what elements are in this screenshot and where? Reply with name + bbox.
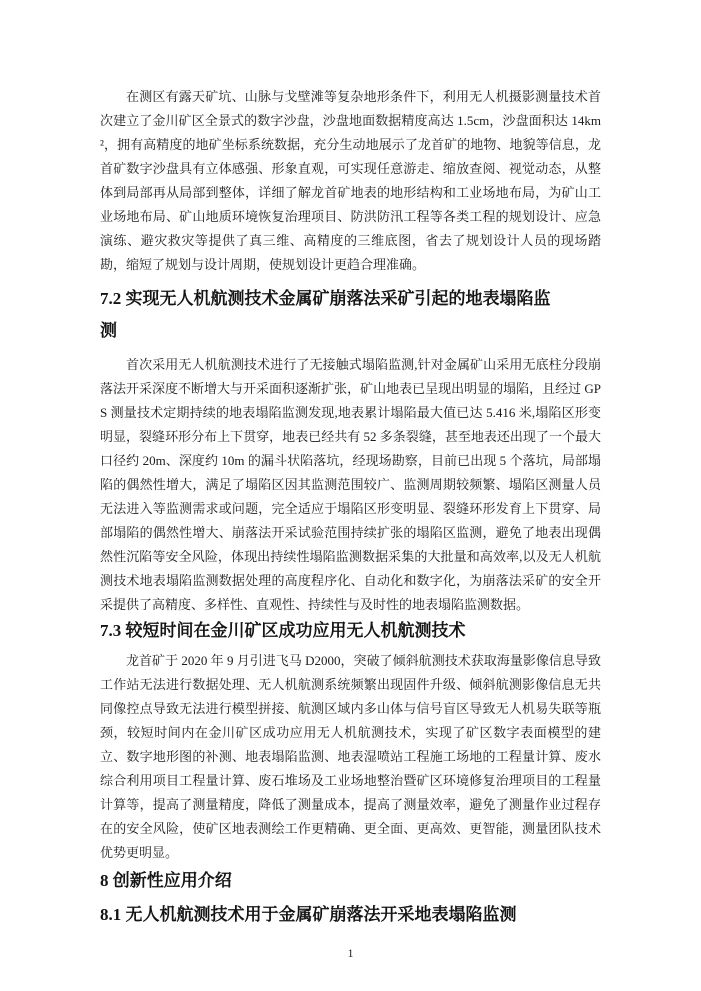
heading-8-1-line-1: 8.1 无人机航测技术用于金属矿崩落法开采地表塌陷监测	[100, 901, 601, 929]
paragraph-digital-sandbox: 在测区有露天矿坑、山脉与戈壁滩等复杂地形条件下，利用无人机摄影测量技术首次建立了…	[100, 85, 601, 277]
heading-7-3-line-1: 7.3 较短时间在金川矿区成功应用无人机航测技术	[100, 617, 601, 645]
heading-7-2-line-2: 测	[100, 315, 601, 347]
paragraph-uav-application: 龙首矿于 2020 年 9 月引进飞马 D2000，突破了倾斜航测技术获取海量影…	[100, 649, 601, 865]
heading-8-1: 8.1 无人机航测技术用于金属矿崩落法开采地表塌陷监测	[100, 901, 601, 929]
heading-8: 8 创新性应用介绍	[100, 867, 601, 895]
heading-7-2: 7.2 实现无人机航测技术金属矿崩落法采矿引起的地表塌陷监 测	[100, 283, 601, 347]
page-number: 1	[100, 945, 601, 961]
heading-7-2-line-1: 7.2 实现无人机航测技术金属矿崩落法采矿引起的地表塌陷监	[100, 283, 601, 315]
heading-8-line-1: 8 创新性应用介绍	[100, 867, 601, 895]
heading-7-3: 7.3 较短时间在金川矿区成功应用无人机航测技术	[100, 617, 601, 645]
document-page: 在测区有露天矿坑、山脉与戈壁滩等复杂地形条件下，利用无人机摄影测量技术首次建立了…	[0, 0, 701, 991]
paragraph-subsidence-monitoring: 首次采用无人机航测技术进行了无接触式塌陷监测,针对金属矿山采用无底柱分段崩落法开…	[100, 353, 601, 617]
